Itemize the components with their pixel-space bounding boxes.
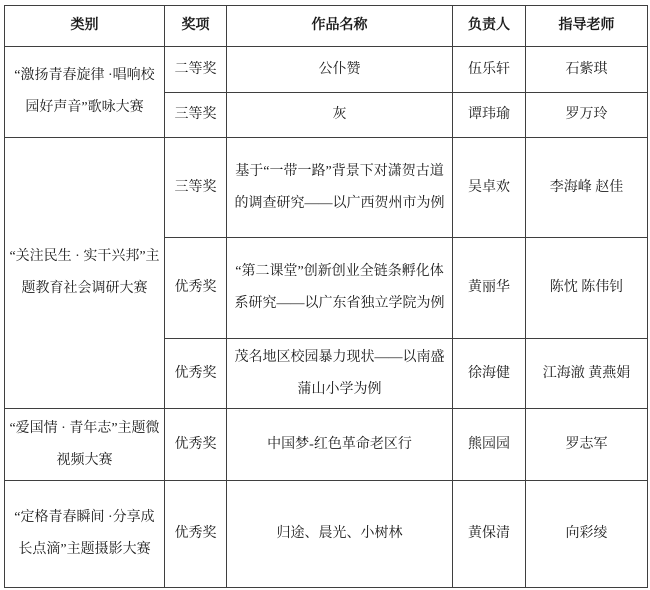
award-cell: 优秀奖 — [165, 238, 227, 339]
work-title-cell: 归途、晨光、小树林 — [227, 481, 453, 588]
leader-cell: 黄丽华 — [453, 238, 526, 339]
award-cell: 优秀奖 — [165, 409, 227, 481]
table-row: “激扬青春旋律 ·唱响校园好声音”歌咏大赛 二等奖 公仆赞 伍乐轩 石紫琪 — [5, 47, 648, 93]
table-row: “关注民生 · 实干兴邦”主题教育社会调研大赛 三等奖 基于“一带一路”背景下对… — [5, 138, 648, 238]
category-cell: “激扬青春旋律 ·唱响校园好声音”歌咏大赛 — [5, 47, 165, 138]
table-row: “爱国情 · 青年志”主题微视频大赛 优秀奖 中国梦-红色革命老区行 熊园园 罗… — [5, 409, 648, 481]
leader-cell: 黄保清 — [453, 481, 526, 588]
leader-cell: 伍乐轩 — [453, 47, 526, 93]
category-cell: “定格青春瞬间 ·分享成长点滴”主题摄影大赛 — [5, 481, 165, 588]
award-cell: 优秀奖 — [165, 339, 227, 409]
header-leader: 负责人 — [453, 6, 526, 47]
header-row: 类别 奖项 作品名称 负责人 指导老师 — [5, 6, 648, 47]
header-advisor: 指导老师 — [526, 6, 648, 47]
table-row: “定格青春瞬间 ·分享成长点滴”主题摄影大赛 优秀奖 归途、晨光、小树林 黄保清… — [5, 481, 648, 588]
header-award: 奖项 — [165, 6, 227, 47]
advisor-cell: 罗万玲 — [526, 93, 648, 138]
leader-cell: 吴卓欢 — [453, 138, 526, 238]
work-title-cell: 公仆赞 — [227, 47, 453, 93]
advisor-cell: 石紫琪 — [526, 47, 648, 93]
work-title-cell: “第二课堂”创新创业全链条孵化体系研究——以广东省独立学院为例 — [227, 238, 453, 339]
advisor-cell: 李海峰 赵佳 — [526, 138, 648, 238]
header-work-title: 作品名称 — [227, 6, 453, 47]
work-title-cell: 中国梦-红色革命老区行 — [227, 409, 453, 481]
advisor-cell: 向彩绫 — [526, 481, 648, 588]
work-title-cell: 灰 — [227, 93, 453, 138]
advisor-cell: 罗志军 — [526, 409, 648, 481]
header-category: 类别 — [5, 6, 165, 47]
award-cell: 二等奖 — [165, 47, 227, 93]
award-cell: 三等奖 — [165, 93, 227, 138]
award-cell: 优秀奖 — [165, 481, 227, 588]
awards-table: 类别 奖项 作品名称 负责人 指导老师 “激扬青春旋律 ·唱响校园好声音”歌咏大… — [4, 5, 648, 588]
leader-cell: 徐海健 — [453, 339, 526, 409]
category-cell: “爱国情 · 青年志”主题微视频大赛 — [5, 409, 165, 481]
work-title-cell: 茂名地区校园暴力现状——以南盛蒲山小学为例 — [227, 339, 453, 409]
award-cell: 三等奖 — [165, 138, 227, 238]
advisor-cell: 陈忱 陈伟钊 — [526, 238, 648, 339]
advisor-cell: 江海澈 黄燕娟 — [526, 339, 648, 409]
leader-cell: 谭玮瑜 — [453, 93, 526, 138]
leader-cell: 熊园园 — [453, 409, 526, 481]
category-cell: “关注民生 · 实干兴邦”主题教育社会调研大赛 — [5, 138, 165, 409]
work-title-cell: 基于“一带一路”背景下对潇贺古道的调查研究——以广西贺州市为例 — [227, 138, 453, 238]
